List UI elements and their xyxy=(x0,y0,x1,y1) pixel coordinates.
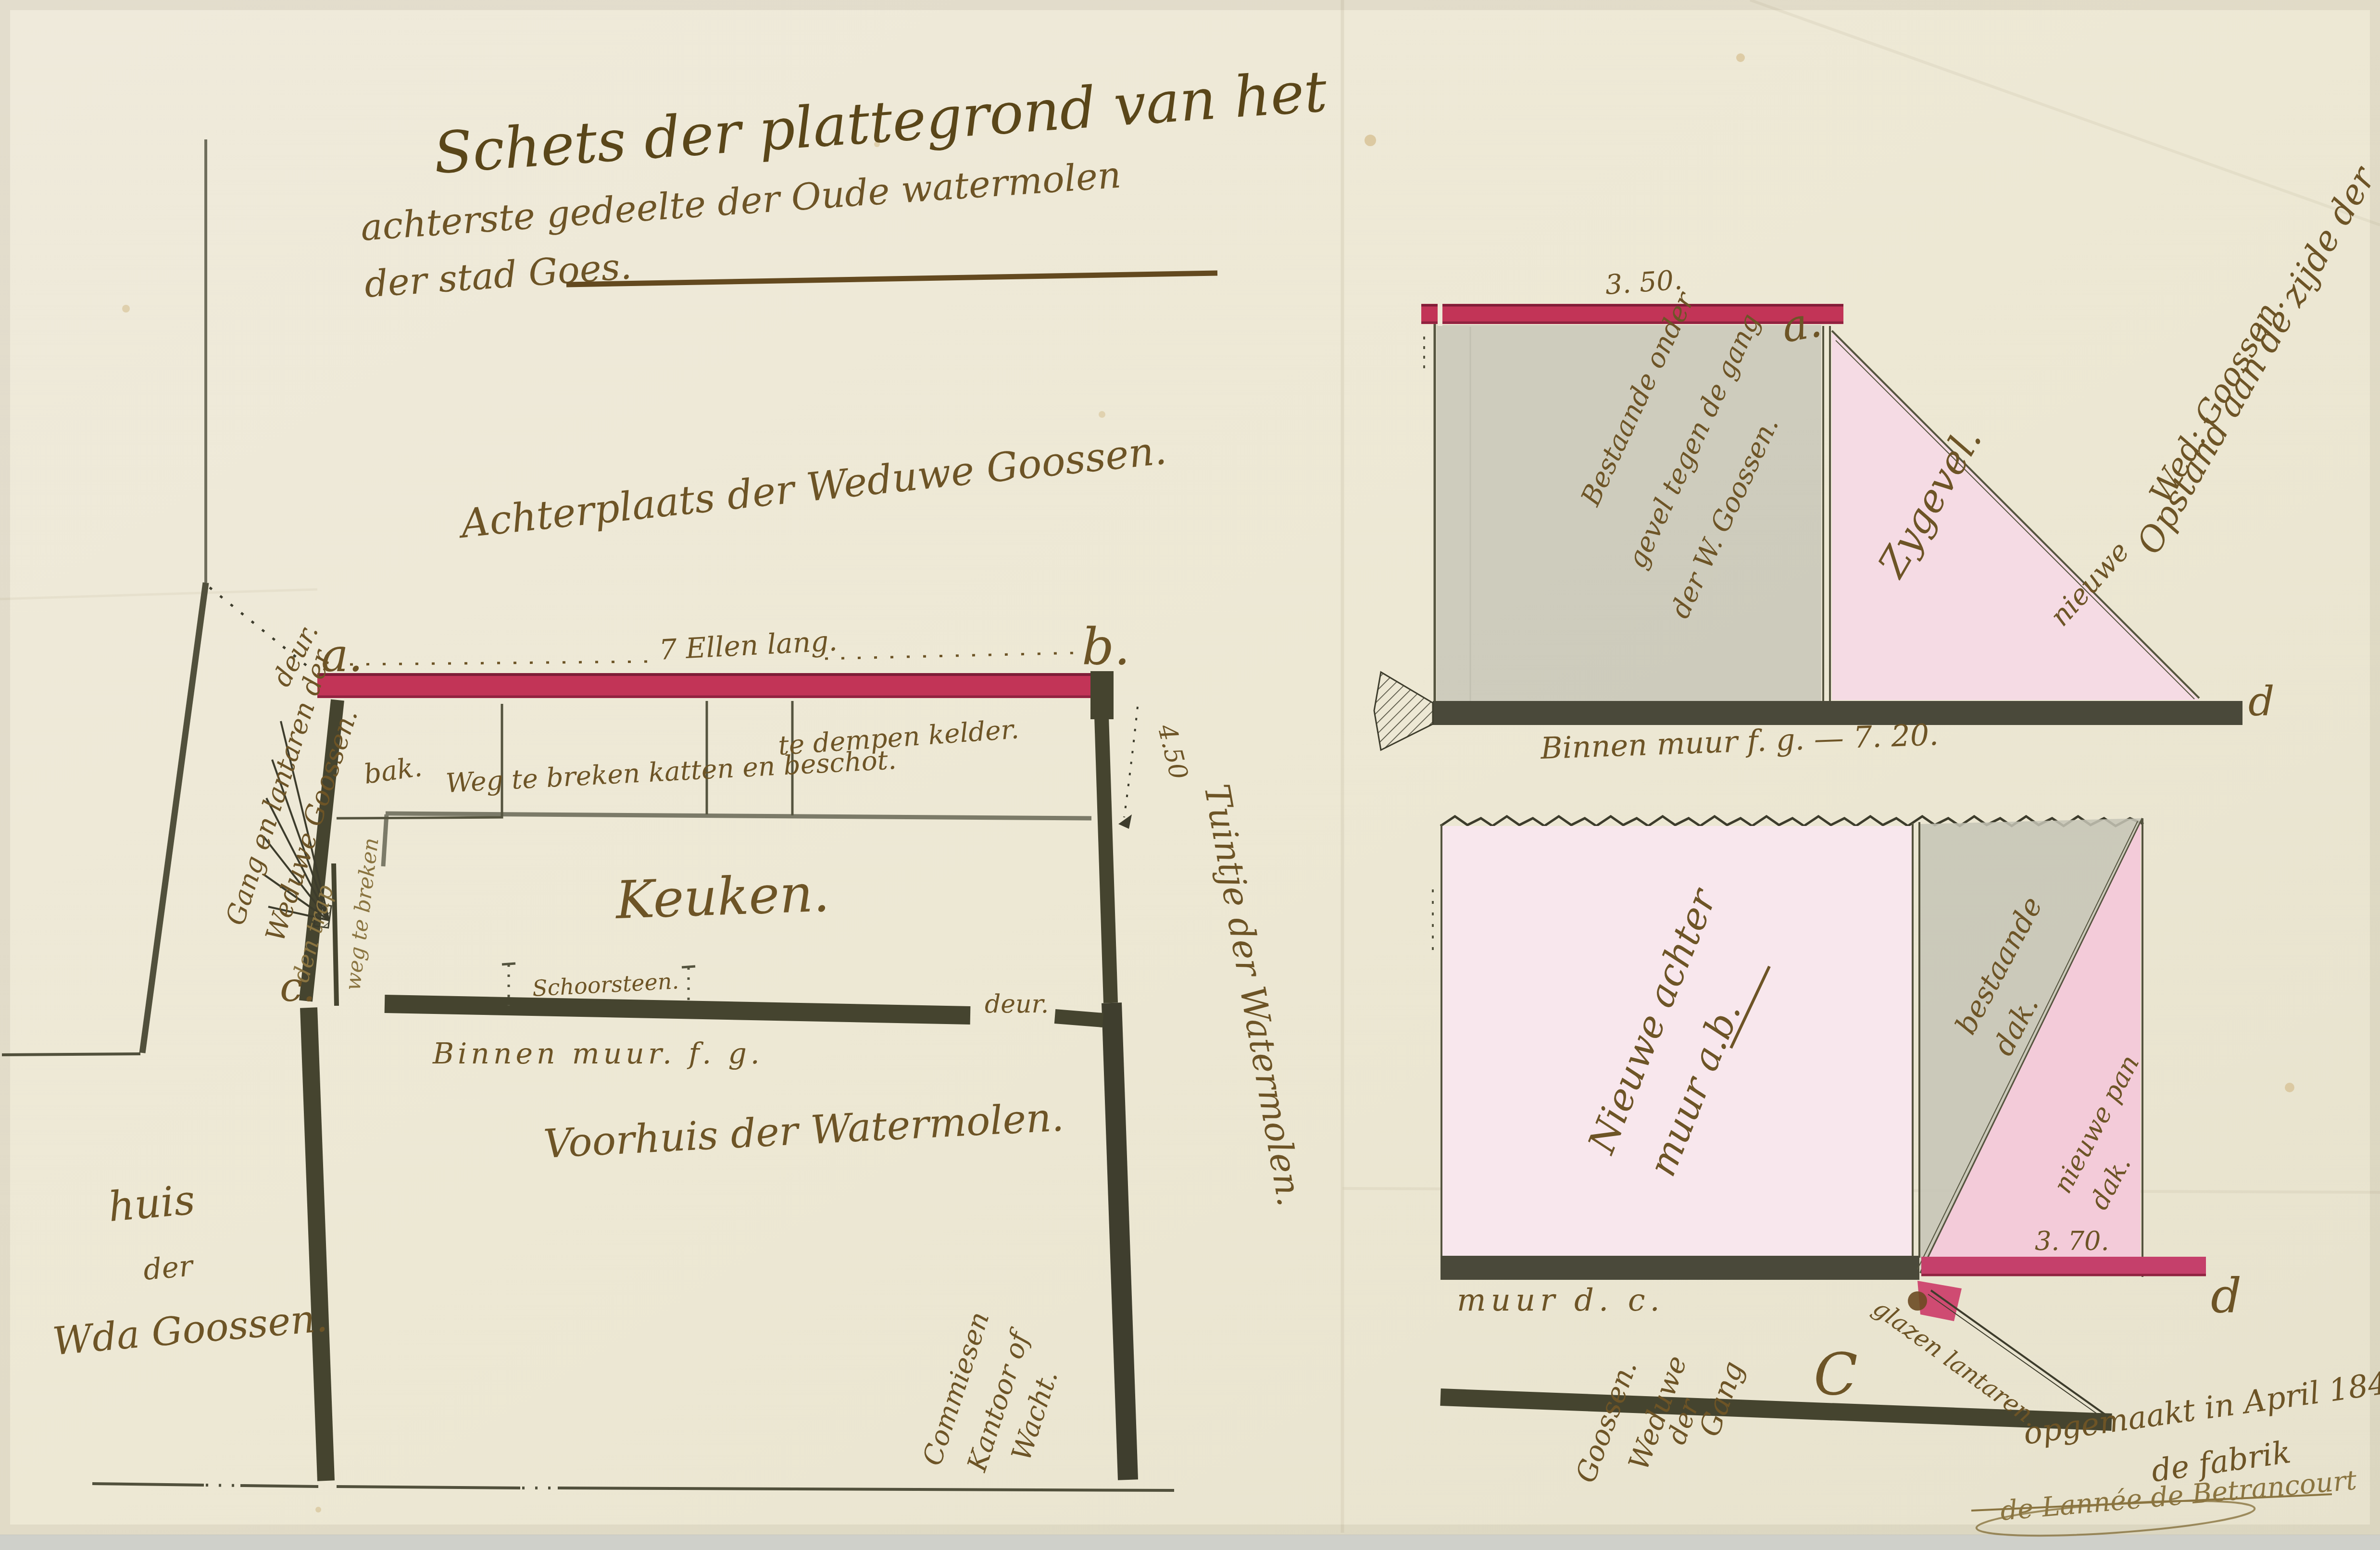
point-c-label: c. xyxy=(280,963,316,1011)
house-line-1: huis xyxy=(106,1176,197,1231)
inner-wall-stub xyxy=(1055,1016,1103,1020)
stairs-stub-wall xyxy=(334,863,337,1006)
ink-blob xyxy=(1908,1291,1927,1311)
crimson-strip xyxy=(1921,1257,2206,1276)
elev-point-d-bottom: d xyxy=(2211,1268,2242,1324)
kitchen-label: Keuken. xyxy=(614,863,831,931)
elev-point-c: C xyxy=(1814,1341,1858,1408)
square-bottom-bar xyxy=(1441,1256,1919,1280)
inner-wall-fg xyxy=(385,1004,970,1015)
point-b-label: b. xyxy=(1082,618,1130,676)
elev-point-d-top: d xyxy=(2248,678,2274,725)
scanned-drawing: Schets der plattegrond van het achterste… xyxy=(0,0,2380,1550)
door-inner-label: deur. xyxy=(985,990,1049,1019)
pink-rear-wall xyxy=(1441,826,1914,1257)
house-line-2: der xyxy=(142,1249,196,1287)
inner-wall-label: Binnen muur. f. g. xyxy=(432,1037,764,1071)
wall-dc-label: muur d. c. xyxy=(1457,1283,1665,1318)
measure-370-label: 3. 70. xyxy=(2035,1226,2109,1256)
red-wall-ab xyxy=(317,673,1091,698)
east-wall-upper xyxy=(1101,701,1111,1003)
boundary-line-horizontal xyxy=(2,1054,140,1055)
